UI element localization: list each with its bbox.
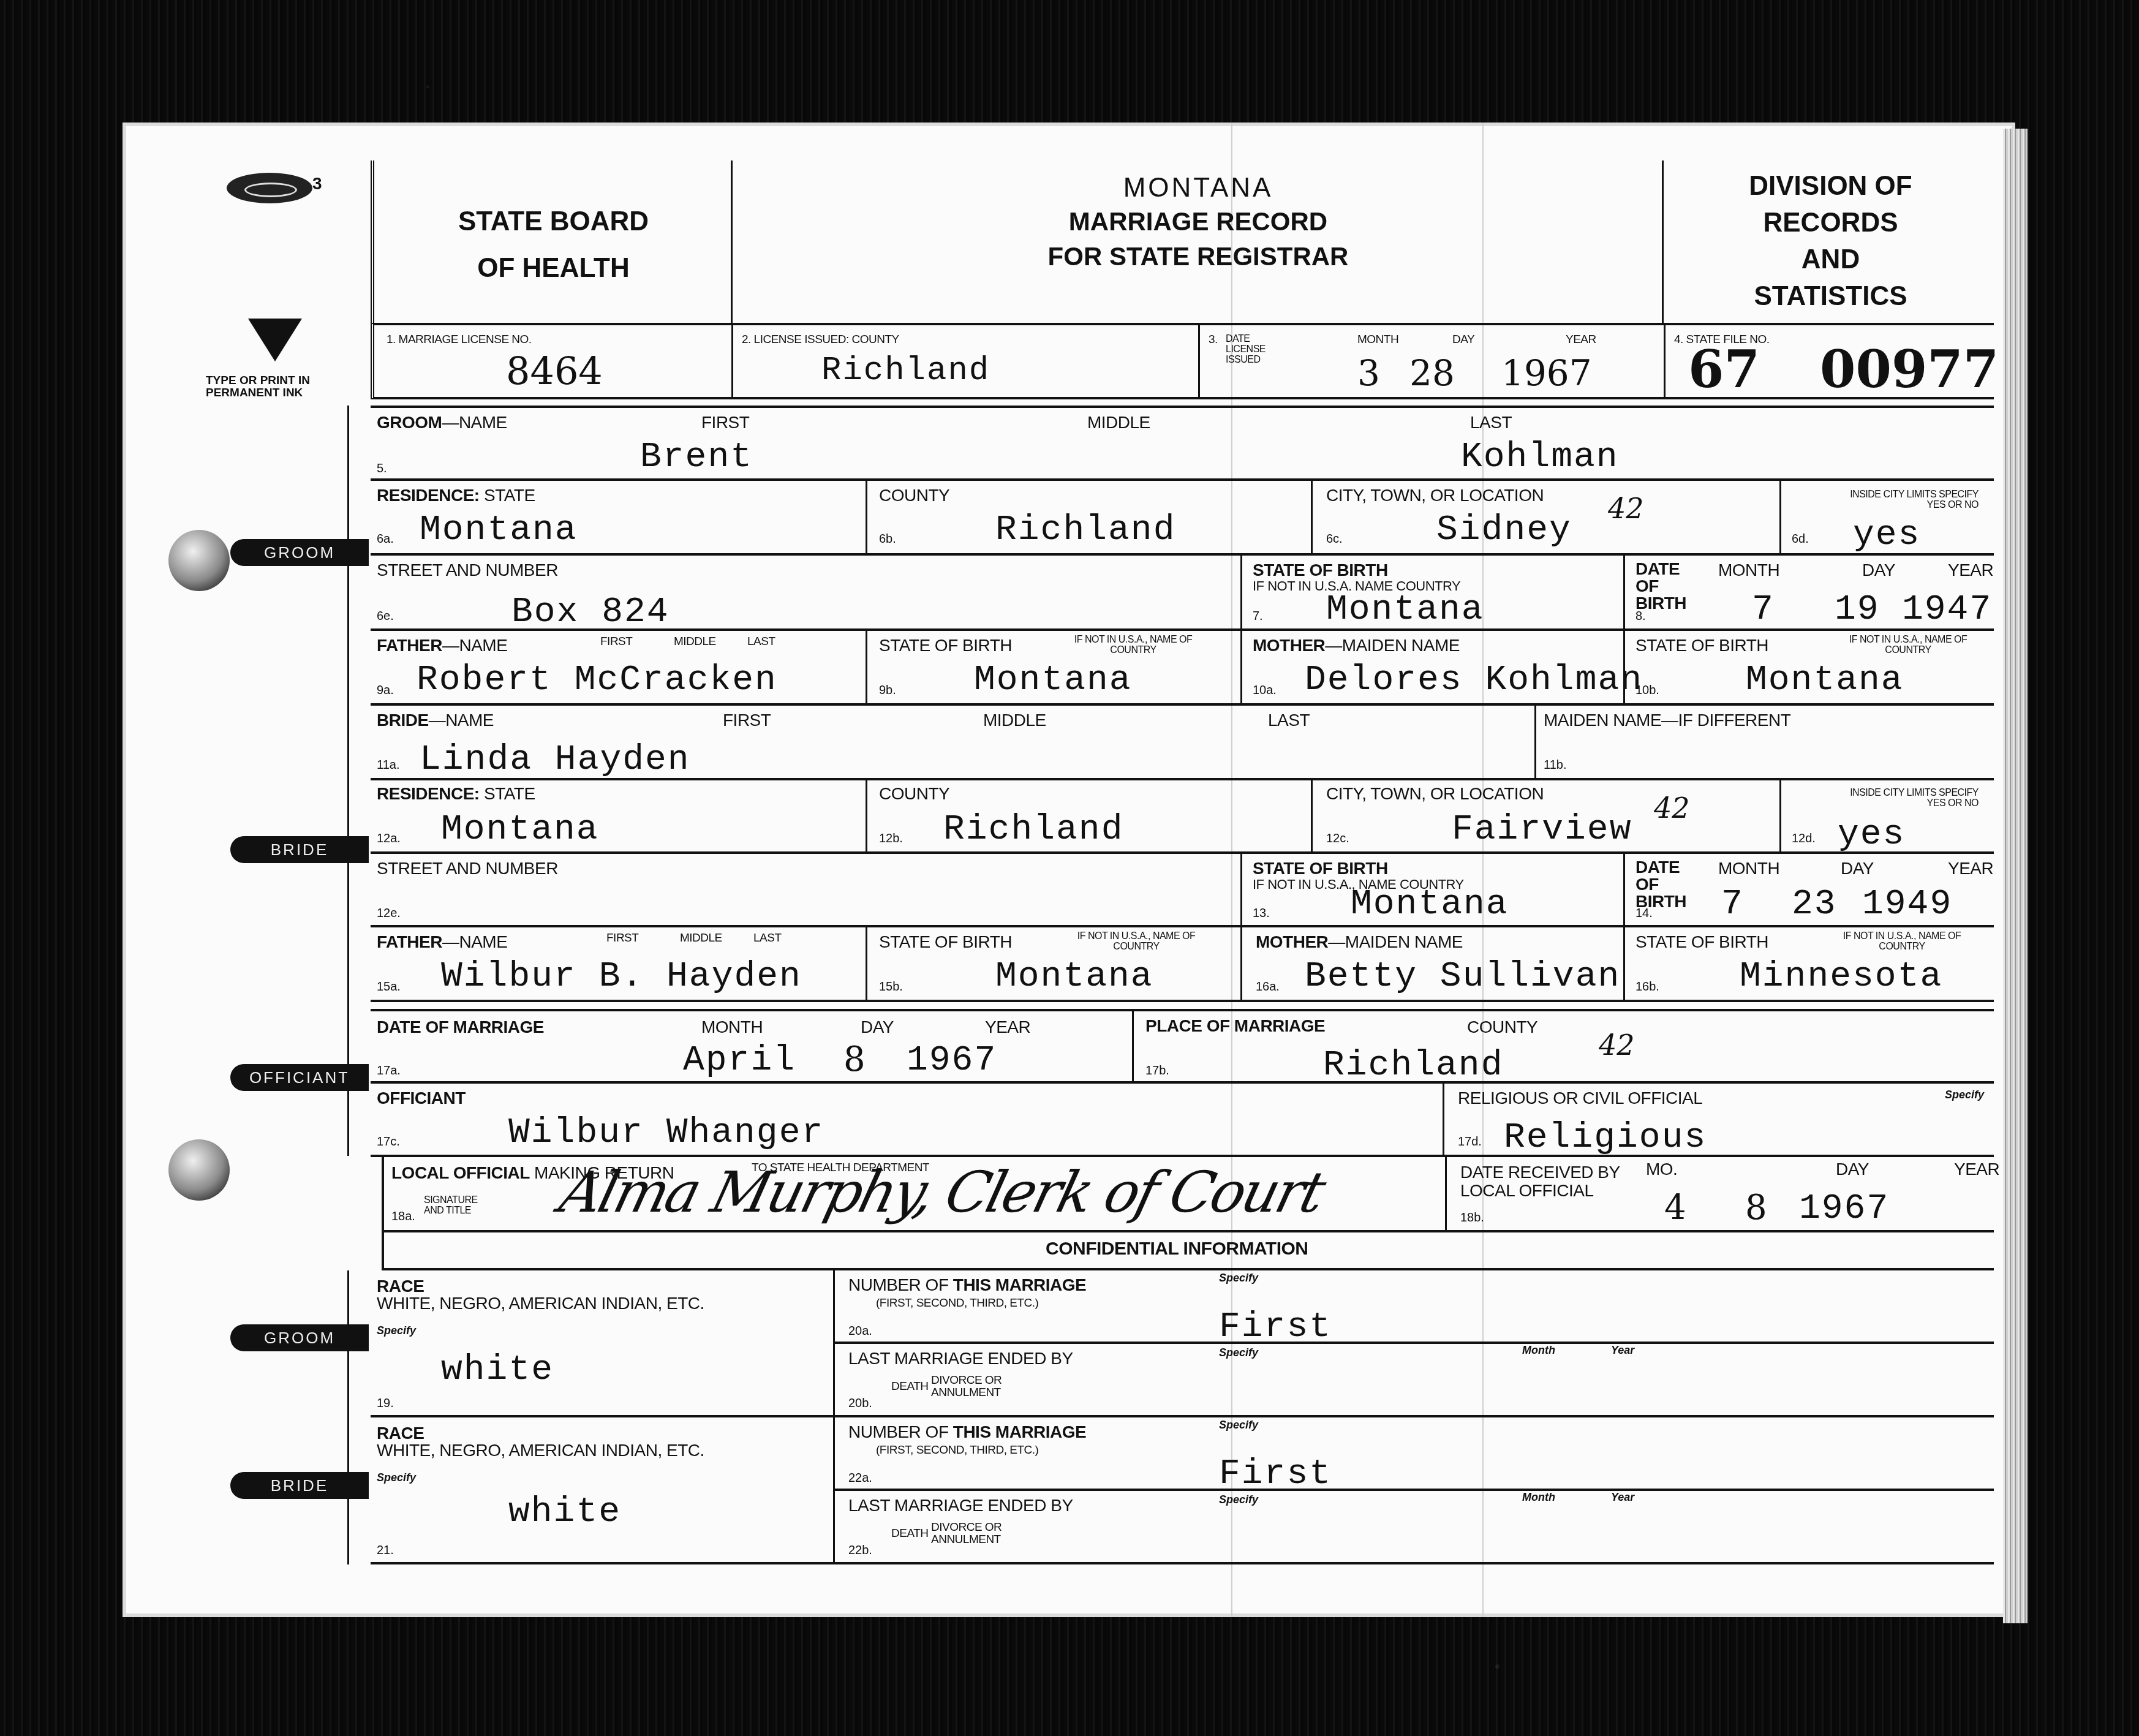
groom-father-label: FATHER—NAME bbox=[377, 636, 507, 655]
specify-note: Specify bbox=[1219, 1493, 1258, 1506]
date-month-label: MONTH bbox=[1357, 334, 1398, 346]
field-num: 5. bbox=[377, 462, 387, 476]
groom-marriage-number-cell: NUMBER OF THIS MARRIAGE (FIRST, SECOND, … bbox=[833, 1270, 1994, 1344]
field-num: 6d. bbox=[1792, 532, 1809, 546]
groom-residence-state: Montana bbox=[420, 510, 578, 550]
field-num: 16a. bbox=[1256, 980, 1280, 994]
field-num: 6c. bbox=[1326, 532, 1343, 546]
death-label: DEATH bbox=[891, 1528, 928, 1540]
date-received-year-label: YEAR bbox=[1954, 1160, 1999, 1179]
date-received-year: 1967 bbox=[1799, 1189, 1889, 1229]
field-num: 19. bbox=[377, 1397, 394, 1411]
groom-marriage-number: First bbox=[1219, 1307, 1332, 1347]
confidential-bracket bbox=[347, 1270, 349, 1564]
bride-last-marriage-label: LAST MARRIAGE ENDED BY bbox=[848, 1496, 1073, 1515]
header-agency-line2: OF HEALTH bbox=[374, 245, 733, 292]
groom-father-birth-state: Montana bbox=[974, 660, 1132, 700]
year-label: Year bbox=[1611, 1344, 1634, 1357]
date-received-day: 8 bbox=[1745, 1188, 1767, 1228]
date-day-label: DAY bbox=[1452, 334, 1474, 346]
field-num: 13. bbox=[1253, 907, 1270, 921]
groom-race-options: WHITE, NEGRO, AMERICAN INDIAN, ETC. bbox=[377, 1294, 704, 1313]
groom-last-marriage-cell: LAST MARRIAGE ENDED BY Specify Month Yea… bbox=[833, 1344, 1994, 1415]
bride-name: Linda Hayden bbox=[420, 740, 690, 780]
page-subtitle: FOR STATE REGISTRAR bbox=[733, 240, 1664, 273]
groom-dob-year: 1947 bbox=[1902, 590, 1992, 630]
date-license-label: DATE LICENSE ISSUED bbox=[1226, 334, 1275, 365]
field-num: 16b. bbox=[1635, 980, 1659, 994]
date-received-day-label: DAY bbox=[1836, 1160, 1869, 1179]
groom-father-birth-note: IF NOT IN U.S.A., NAME OF COUNTRY bbox=[1066, 635, 1201, 655]
bride-last-label: LAST bbox=[1268, 711, 1310, 730]
header-right: DIVISION OF RECORDS AND STATISTICS bbox=[1664, 168, 1998, 315]
marriage-year-label: YEAR bbox=[985, 1017, 1030, 1037]
license-county-label: 2. LICENSE ISSUED: COUNTY bbox=[742, 334, 899, 346]
groom-father-name: Robert McCracken bbox=[417, 660, 777, 700]
groom-race: white bbox=[441, 1350, 554, 1390]
license-day: 28 bbox=[1409, 352, 1455, 394]
header-division-line4: STATISTICS bbox=[1664, 278, 1998, 315]
ink-instruction: TYPE OR PRINT IN PERMANENT INK bbox=[206, 375, 328, 399]
year-label: Year bbox=[1611, 1491, 1634, 1504]
bride-birth-state: Montana bbox=[1351, 885, 1509, 924]
field-num: 15b. bbox=[879, 980, 903, 994]
field-num: 6b. bbox=[879, 532, 896, 546]
field-num: 9b. bbox=[879, 684, 896, 698]
groom-mother-label: MOTHER—MAIDEN NAME bbox=[1253, 636, 1460, 655]
specify-note: Specify bbox=[1219, 1419, 1258, 1432]
specify-note: Specify bbox=[1219, 1346, 1258, 1359]
groom-first-name: Brent bbox=[640, 437, 753, 477]
groom-father-last-label: LAST bbox=[747, 636, 775, 648]
license-row: 1. MARRIAGE LICENSE NO. 8464 2. LICENSE … bbox=[371, 323, 1994, 399]
groom-street-row: STREET AND NUMBER 6e. Box 824 STATE OF B… bbox=[371, 556, 1994, 631]
bride-marriage-number-options: (FIRST, SECOND, THIRD, ETC.) bbox=[876, 1444, 1038, 1457]
officiant-name: Wilbur Whanger bbox=[508, 1113, 824, 1153]
field-num: 20b. bbox=[848, 1397, 872, 1411]
groom-mother-birth-note: IF NOT IN U.S.A., NAME OF COUNTRY bbox=[1841, 635, 1975, 655]
bride-inside-city-label: INSIDE CITY LIMITS SPECIFY YES OR NO bbox=[1841, 788, 1979, 809]
bride-last-marriage-cell: LAST MARRIAGE ENDED BY Specify Month Yea… bbox=[833, 1491, 1994, 1562]
bride-mother-birth-note: IF NOT IN U.S.A., NAME OF COUNTRY bbox=[1835, 931, 1969, 952]
groom-mother-name: Delores Kohlman bbox=[1305, 660, 1643, 700]
groom-street-label: STREET AND NUMBER bbox=[377, 560, 558, 580]
triangle-down-icon bbox=[248, 319, 302, 361]
groom-father-middle-label: MIDDLE bbox=[674, 636, 716, 648]
groom-last-marriage-label: LAST MARRIAGE ENDED BY bbox=[848, 1349, 1073, 1368]
bride-dob-month: 7 bbox=[1721, 885, 1744, 924]
bride-marriage-number-cell: NUMBER OF THIS MARRIAGE (FIRST, SECOND, … bbox=[833, 1417, 1994, 1491]
groom-dob-day: 19 bbox=[1835, 590, 1880, 630]
specify-note: Specify bbox=[377, 1471, 416, 1484]
groom-father-birth-label: STATE OF BIRTH bbox=[879, 636, 1012, 655]
bride-mother-name: Betty Sullivan bbox=[1305, 957, 1620, 997]
header-division-line3: AND bbox=[1664, 241, 1998, 278]
bride-race-options: WHITE, NEGRO, AMERICAN INDIAN, ETC. bbox=[377, 1441, 704, 1460]
header-division-line1: DIVISION OF bbox=[1664, 168, 1998, 205]
groom-last-name: Kohlman bbox=[1461, 437, 1619, 477]
groom-middle-label: MIDDLE bbox=[1087, 413, 1150, 432]
header-division-line2: RECORDS bbox=[1664, 205, 1998, 241]
bride-mother-birth-label: STATE OF BIRTH bbox=[1635, 932, 1768, 952]
bride-father-birth-state: Montana bbox=[995, 957, 1153, 997]
bride-father-first-label: FIRST bbox=[606, 932, 638, 945]
header-agency-line1: STATE BOARD bbox=[374, 198, 733, 245]
groom-name-row: GROOM—NAME FIRST MIDDLE LAST 5. Brent Ko… bbox=[371, 406, 1994, 481]
bride-city-label: CITY, TOWN, OR LOCATION bbox=[1326, 784, 1544, 804]
specify-note: Specify bbox=[1945, 1089, 1984, 1101]
bride-name-row: BRIDE—NAME FIRST MIDDLE LAST 11a. Linda … bbox=[371, 706, 1994, 780]
marriage-county-code: 42 bbox=[1599, 1028, 1635, 1062]
field-num: 6e. bbox=[377, 609, 394, 624]
marriage-day: 8 bbox=[843, 1040, 866, 1079]
groom-county-label: COUNTY bbox=[879, 486, 949, 505]
field-num: 6a. bbox=[377, 532, 394, 546]
bride-dob-day: 23 bbox=[1792, 885, 1837, 924]
header-center: MONTANA MARRIAGE RECORD FOR STATE REGIST… bbox=[733, 160, 1664, 325]
groom-mother-birth-state: Montana bbox=[1746, 660, 1904, 700]
field-num: 12e. bbox=[377, 907, 401, 921]
field-num: 12d. bbox=[1792, 832, 1816, 846]
field-num: 22a. bbox=[848, 1471, 872, 1485]
groom-street: Box 824 bbox=[511, 592, 670, 632]
bride-inside-city: yes bbox=[1838, 815, 1905, 855]
date-license-num: 3. bbox=[1209, 334, 1218, 346]
bride-dob-day-label: DAY bbox=[1841, 859, 1874, 878]
bride-first-label: FIRST bbox=[723, 711, 771, 730]
groom-mother-birth-label: STATE OF BIRTH bbox=[1635, 636, 1768, 655]
field-num: 7. bbox=[1253, 609, 1263, 624]
groom-father-first-label: FIRST bbox=[600, 636, 632, 648]
license-no-label: 1. MARRIAGE LICENSE NO. bbox=[387, 334, 532, 346]
groom-dob-day-label: DAY bbox=[1862, 560, 1895, 580]
specify-note: Specify bbox=[377, 1324, 416, 1337]
date-received-label: DATE RECEIVED BY LOCAL OFFICIAL bbox=[1460, 1163, 1644, 1200]
officiant-row: OFFICIANT 17c. Wilbur Whanger RELIGIOUS … bbox=[371, 1084, 1994, 1157]
field-num: 17c. bbox=[377, 1135, 400, 1149]
marriage-date-label: DATE OF MARRIAGE bbox=[377, 1017, 544, 1037]
binder-hole-icon bbox=[168, 530, 230, 591]
header-left: STATE BOARD OF HEALTH bbox=[374, 160, 733, 325]
bride-street-row: STREET AND NUMBER 12e. STATE OF BIRTH IF… bbox=[371, 854, 1994, 927]
field-num: 20a. bbox=[848, 1324, 872, 1338]
field-num: 11b. bbox=[1544, 758, 1566, 772]
local-official-row: LOCAL OFFICIAL MAKING RETURN TO STATE HE… bbox=[382, 1157, 1994, 1232]
groom-dob-label: DATE OF BIRTH bbox=[1635, 560, 1675, 612]
field-num: 17a. bbox=[377, 1064, 401, 1078]
field-num: 8. bbox=[1635, 609, 1646, 624]
bride-marriage-number-label: NUMBER OF THIS MARRIAGE bbox=[848, 1422, 1086, 1442]
groom-last-label: LAST bbox=[1470, 413, 1512, 432]
marriage-record-form: STATE BOARD OF HEALTH MONTANA MARRIAGE R… bbox=[371, 160, 1994, 1557]
signature: Alma Murphy, Clerk of Court bbox=[554, 1160, 1330, 1225]
marriage-county: Richland bbox=[1323, 1046, 1503, 1085]
union-label-icon bbox=[227, 173, 312, 203]
divorce-label: DIVORCE OR ANNULMENT bbox=[931, 1522, 1005, 1546]
field-num: 10b. bbox=[1635, 684, 1659, 698]
binder-hole-icon bbox=[168, 1139, 230, 1201]
marriage-month: April bbox=[683, 1041, 796, 1081]
bride-marriage-number: First bbox=[1219, 1454, 1332, 1494]
bride-father-label: FATHER—NAME bbox=[377, 932, 507, 952]
bride-residence-state: Montana bbox=[441, 810, 599, 850]
bride-dob-year: 1949 bbox=[1862, 885, 1952, 924]
bride-mother-label: MOTHER—MAIDEN NAME bbox=[1256, 932, 1463, 952]
field-num: 15a. bbox=[377, 980, 401, 994]
bride-dob-month-label: MONTH bbox=[1718, 859, 1779, 878]
groom-inside-city-label: INSIDE CITY LIMITS SPECIFY YES OR NO bbox=[1841, 489, 1979, 510]
field-num: 17d. bbox=[1458, 1135, 1482, 1149]
field-num: 18b. bbox=[1460, 1211, 1484, 1225]
seal-number: 3 bbox=[312, 174, 322, 194]
groom-county: Richland bbox=[995, 510, 1175, 550]
license-county: Richland bbox=[821, 352, 990, 390]
date-received-mo-label: MO. bbox=[1646, 1160, 1677, 1179]
groom-dob-month: 7 bbox=[1752, 590, 1775, 630]
bride-name-label: BRIDE—NAME bbox=[377, 711, 494, 730]
bride-residence-label: RESIDENCE: STATE bbox=[377, 784, 535, 804]
official-type-label: RELIGIOUS OR CIVIL OFFICIAL bbox=[1458, 1089, 1702, 1108]
month-label: Month bbox=[1522, 1491, 1555, 1504]
state-file-year: 67 bbox=[1688, 339, 1760, 399]
divorce-label: DIVORCE OR ANNULMENT bbox=[931, 1375, 1005, 1399]
bride-mother-birth-state: Minnesota bbox=[1740, 957, 1942, 997]
bride-father-birth-note: IF NOT IN U.S.A., NAME OF COUNTRY bbox=[1069, 931, 1204, 952]
header-state: MONTANA bbox=[733, 173, 1664, 203]
field-num: 14. bbox=[1635, 907, 1653, 921]
groom-parents-row: FATHER—NAME FIRST MIDDLE LAST 9a. Robert… bbox=[371, 631, 1994, 706]
groom-birth-state-label: STATE OF BIRTH bbox=[1253, 560, 1388, 580]
official-type: Religious bbox=[1504, 1118, 1707, 1158]
signature-label: SIGNATURE AND TITLE bbox=[424, 1195, 473, 1216]
field-num: 18a. bbox=[391, 1210, 415, 1224]
groom-marriage-number-label: NUMBER OF THIS MARRIAGE bbox=[848, 1275, 1086, 1295]
field-num: 12c. bbox=[1326, 832, 1349, 846]
groom-city-label: CITY, TOWN, OR LOCATION bbox=[1326, 486, 1544, 505]
bride-city-code: 42 bbox=[1654, 791, 1690, 825]
confidential-title: CONFIDENTIAL INFORMATION bbox=[1046, 1239, 1308, 1259]
page-title: MARRIAGE RECORD bbox=[733, 203, 1664, 240]
bride-confidential-row: RACE WHITE, NEGRO, AMERICAN INDIAN, ETC.… bbox=[371, 1417, 1994, 1564]
groom-city: Sidney bbox=[1436, 510, 1572, 550]
field-num: 17b. bbox=[1145, 1064, 1169, 1078]
bride-county: Richland bbox=[943, 810, 1123, 850]
groom-confidential-row: RACE WHITE, NEGRO, AMERICAN INDIAN, ETC.… bbox=[371, 1270, 1994, 1417]
marriage-date-row: DATE OF MARRIAGE MONTH DAY YEAR 17a. Apr… bbox=[371, 1009, 1994, 1084]
bride-dob-year-label: YEAR bbox=[1948, 859, 1993, 878]
marriage-year: 1967 bbox=[907, 1041, 997, 1081]
date-received-mo: 4 bbox=[1664, 1188, 1686, 1228]
field-num: 21. bbox=[377, 1544, 394, 1558]
groom-residence-label: RESIDENCE: STATE bbox=[377, 486, 535, 505]
field-num: 9a. bbox=[377, 684, 394, 698]
groom-residence-row: RESIDENCE: STATE 6a. Montana COUNTY 6b. … bbox=[371, 481, 1994, 556]
bride-county-label: COUNTY bbox=[879, 784, 949, 804]
date-year-label: YEAR bbox=[1566, 334, 1596, 346]
bride-residence-row: RESIDENCE: STATE 12a. Montana COUNTY 12b… bbox=[371, 780, 1994, 854]
groom-city-code: 42 bbox=[1608, 492, 1644, 525]
bride-father-name: Wilbur B. Hayden bbox=[441, 957, 802, 997]
month-label: Month bbox=[1522, 1344, 1555, 1357]
bride-street-label: STREET AND NUMBER bbox=[377, 859, 558, 878]
license-month: 3 bbox=[1357, 352, 1380, 394]
bride-race: white bbox=[508, 1492, 621, 1532]
specify-note: Specify bbox=[1219, 1272, 1258, 1285]
death-label: DEATH bbox=[891, 1381, 928, 1393]
marriage-place-label: PLACE OF MARRIAGE bbox=[1145, 1016, 1325, 1036]
field-num: 22b. bbox=[848, 1544, 872, 1558]
page-edge bbox=[2003, 129, 2028, 1623]
marriage-month-label: MONTH bbox=[701, 1017, 763, 1037]
groom-dob-year-label: YEAR bbox=[1948, 560, 1993, 580]
field-num: 12b. bbox=[879, 832, 903, 846]
license-year: 1967 bbox=[1501, 352, 1592, 394]
groom-marriage-number-options: (FIRST, SECOND, THIRD, ETC.) bbox=[876, 1297, 1038, 1310]
groom-name-label: GROOM—NAME bbox=[377, 413, 507, 432]
officiant-label: OFFICIANT bbox=[377, 1089, 466, 1108]
license-no: 8464 bbox=[506, 349, 603, 393]
bride-maiden-label: MAIDEN NAME—IF DIFFERENT bbox=[1544, 711, 1790, 730]
groom-inside-city: yes bbox=[1853, 515, 1920, 555]
officiant-section-bracket bbox=[347, 1009, 349, 1156]
marriage-county-label: COUNTY bbox=[1467, 1017, 1537, 1037]
confidential-header-row: CONFIDENTIAL INFORMATION bbox=[382, 1232, 1994, 1270]
bride-parents-row: FATHER—NAME FIRST MIDDLE LAST 15a. Wilbu… bbox=[371, 927, 1994, 1002]
bride-middle-label: MIDDLE bbox=[983, 711, 1046, 730]
bride-birth-state-label: STATE OF BIRTH bbox=[1253, 859, 1388, 878]
groom-birth-state: Montana bbox=[1326, 590, 1484, 630]
field-num: 12a. bbox=[377, 832, 401, 846]
field-num: 10a. bbox=[1253, 684, 1277, 698]
groom-dob-month-label: MONTH bbox=[1718, 560, 1779, 580]
state-file-no: 00977 bbox=[1820, 339, 1999, 399]
bride-father-middle-label: MIDDLE bbox=[680, 932, 722, 945]
groom-first-label: FIRST bbox=[701, 413, 749, 432]
bride-father-birth-label: STATE OF BIRTH bbox=[879, 932, 1012, 952]
field-num: 11a. bbox=[377, 758, 399, 772]
form-header: STATE BOARD OF HEALTH MONTANA MARRIAGE R… bbox=[371, 160, 1994, 325]
bride-city: Fairview bbox=[1452, 810, 1632, 850]
bride-father-last-label: LAST bbox=[753, 932, 782, 945]
bride-dob-label: DATE OF BIRTH bbox=[1635, 859, 1675, 910]
marriage-day-label: DAY bbox=[861, 1017, 894, 1037]
